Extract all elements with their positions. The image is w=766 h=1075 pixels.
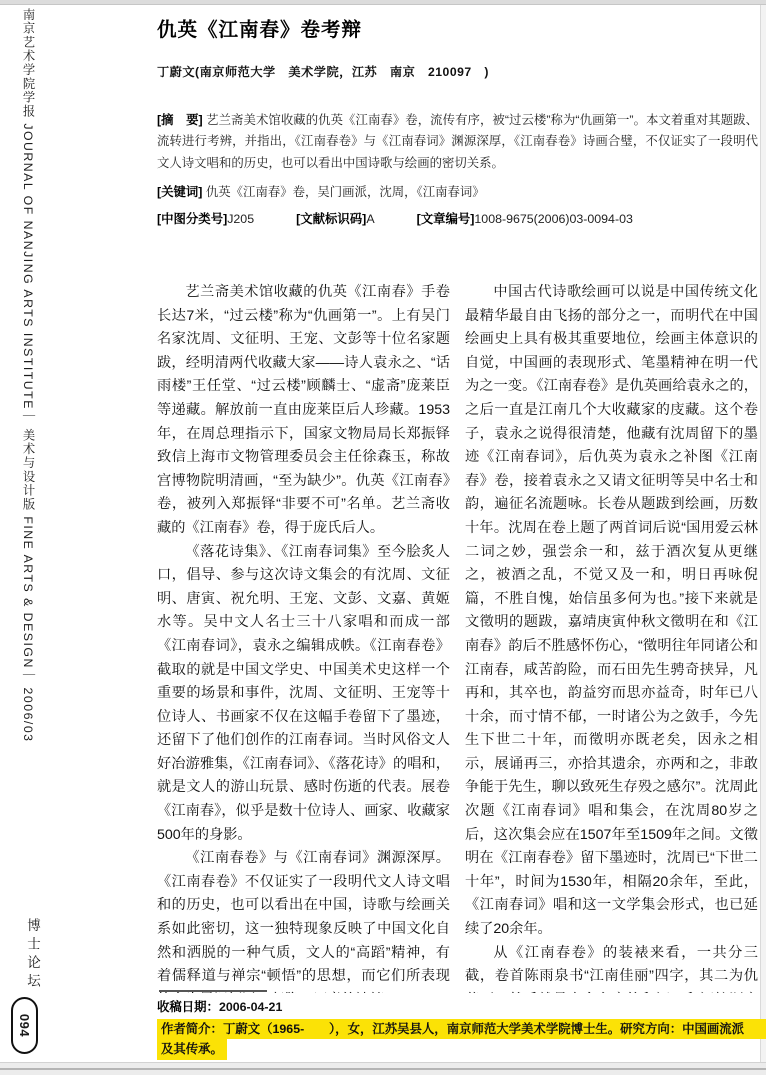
abstract-block: [摘 要] 艺兰斋美术馆收藏的仇英《江南春》卷，流传有序，被“过云楼”称为“仇画…	[157, 110, 758, 174]
article-body: 艺兰斋美术馆收藏的仇英《江南春》手卷长达7米，“过云楼”称为“仇画第一”。上有吴…	[157, 281, 758, 993]
window-right-border	[760, 0, 766, 1075]
keywords-text: 仇英《江南春》卷，吴门画派，沈周，《江南春词》	[206, 185, 485, 199]
body-paragraph: 中国古代诗歌绘画可以说是中国传统文化最精华最自由飞扬的部分之一，而明代在中国绘画…	[465, 281, 758, 942]
body-paragraph: 艺兰斋美术馆收藏的仇英《江南春》手卷长达7米，“过云楼”称为“仇画第一”。上有吴…	[157, 281, 450, 541]
article-id-label: [文章编号]	[417, 212, 475, 226]
article-meta-line: [中图分类号]J205 [文献标识码]A [文章编号]1008-9675(200…	[157, 209, 758, 227]
article-id: [文章编号]1008-9675(2006)03-0094-03	[417, 209, 633, 227]
body-paragraph: 《江南春卷》与《江南春词》渊源深厚。《江南春卷》不仅证实了一段明代文人诗文唱和的…	[157, 847, 450, 993]
body-paragraph: 《落花诗集》、《江南春词集》至今脍炙人口，倡导、参与这次诗文集会的有沈周、文征明…	[157, 541, 450, 848]
page-number: 094	[17, 1014, 32, 1037]
article-title: 仇英《江南春》卷考辩	[157, 14, 758, 42]
left-column: 艺兰斋美术馆收藏的仇英《江南春》手卷长达7米，“过云楼”称为“仇画第一”。上有吴…	[157, 281, 450, 993]
window-top-border	[0, 0, 766, 5]
abstract-text: 艺兰斋美术馆收藏的仇英《江南春》卷，流传有序，被“过云楼”称为“仇画第一”。本文…	[157, 113, 758, 170]
clc-label: [中图分类号]	[157, 212, 227, 226]
received-date-value: 2006-04-21	[219, 1000, 282, 1014]
keywords-block: [关键词] 仇英《江南春》卷，吴门画派，沈周，《江南春词》	[157, 182, 758, 200]
article-footer: 收稿日期：2006-04-21 作者简介：丁蔚文（1965- ），女，江苏吴县人…	[157, 990, 766, 1060]
journal-title-vertical: 南京艺术学院学报 JOURNAL OF NANJING ARTS INSTITU…	[19, 8, 37, 748]
article-header: 仇英《江南春》卷考辩 丁蔚文(南京师范大学 美术学院，江苏 南京 210097 …	[157, 0, 758, 227]
forum-section-label: 博士论坛	[22, 918, 42, 992]
window-bottom-border	[0, 1062, 766, 1075]
received-date-label: 收稿日期：	[157, 1000, 219, 1014]
clc-number: [中图分类号]J205	[157, 209, 254, 227]
body-paragraph: 从《江南春卷》的装裱来看，一共分三截，卷首陈雨泉书“江南佳丽”四字，其二为仇英画…	[465, 942, 758, 993]
document-code-value: A	[366, 212, 374, 226]
right-column: 中国古代诗歌绘画可以说是中国传统文化最精华最自由飞扬的部分之一，而明代在中国绘画…	[465, 281, 758, 993]
received-date-line: 收稿日期：2006-04-21	[157, 997, 766, 1015]
footnote-divider	[159, 990, 267, 992]
keywords-label: [关键词]	[157, 185, 202, 199]
author-bio-highlighted-line2: 及其传承。	[157, 1039, 227, 1060]
author-bio-highlighted-line1: 作者简介：丁蔚文（1965- ），女，江苏吴县人，南京师范大学美术学院博士生。研…	[157, 1019, 766, 1039]
clc-value: J205	[227, 212, 254, 226]
abstract-label: [摘 要]	[157, 113, 203, 127]
author-affiliation-line: 丁蔚文(南京师范大学 美术学院，江苏 南京 210097 )	[157, 63, 758, 80]
document-code: [文献标识码]A	[296, 209, 374, 227]
document-code-label: [文献标识码]	[296, 212, 366, 226]
article-id-value: 1008-9675(2006)03-0094-03	[474, 212, 632, 226]
page-number-badge: 094	[11, 997, 38, 1054]
